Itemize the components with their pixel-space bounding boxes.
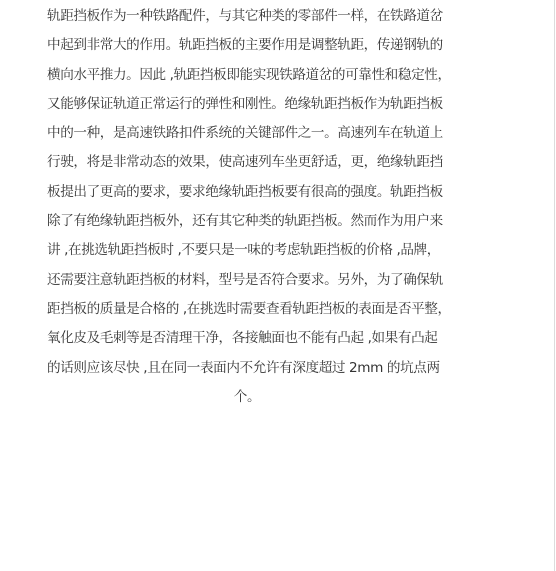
paragraph-line: 轨距挡板作为一种铁路配件，与其它种类的零部件一样，在铁路道岔 (47, 2, 477, 31)
article-body: 轨距挡板作为一种铁路配件，与其它种类的零部件一样，在铁路道岔 中起到非常大的作用… (47, 2, 477, 412)
paragraph-line: 的话则应该尽快 ,且在同一表面内不允许有深度超过 2mm 的坑点两 (47, 354, 477, 383)
paragraph-line: 横向水平推力。因此 ,轨距挡板即能实现铁路道岔的可靠性和稳定性， (47, 61, 477, 90)
paragraph-line: 讲 ,在挑选轨距挡板时 ,不要只是一味的考虑轨距挡板的价格 ,品牌， (47, 236, 477, 265)
paragraph-line: 板提出了更高的要求，要求绝缘轨距挡板要有很高的强度。轨距挡板 (47, 178, 477, 207)
paragraph-line: 距挡板的质量是合格的 ,在挑选时需要查看轨距挡板的表面是否平整， (47, 295, 477, 324)
paragraph-line: 还需要注意轨距挡板的材料，型号是否符合要求。另外，为了确保轨 (47, 266, 477, 295)
paragraph-line: 除了有绝缘轨距挡板外，还有其它种类的轨距挡板。然而作为用户来 (47, 207, 477, 236)
paragraph-last-line: 个。 (47, 383, 447, 412)
paragraph-line: 中起到非常大的作用。轨距挡板的主要作用是调整轨距，传递钢轨的 (47, 31, 477, 60)
paragraph-line: 中的一种，是高速铁路扣件系统的关键部件之一。高速列车在轨道上 (47, 119, 477, 148)
paragraph-line: 氧化皮及毛刺等是否清理干净，各接触面也不能有凸起 ,如果有凸起 (47, 324, 477, 353)
page-right-border (554, 0, 555, 571)
paragraph-line: 行驶，将是非常动态的效果，使高速列车坐更舒适，更，绝缘轨距挡 (47, 148, 477, 177)
paragraph-line: 又能够保证轨道正常运行的弹性和刚性。绝缘轨距挡板作为轨距挡板 (47, 90, 477, 119)
document-page: 轨距挡板作为一种铁路配件，与其它种类的零部件一样，在铁路道岔 中起到非常大的作用… (0, 0, 556, 571)
